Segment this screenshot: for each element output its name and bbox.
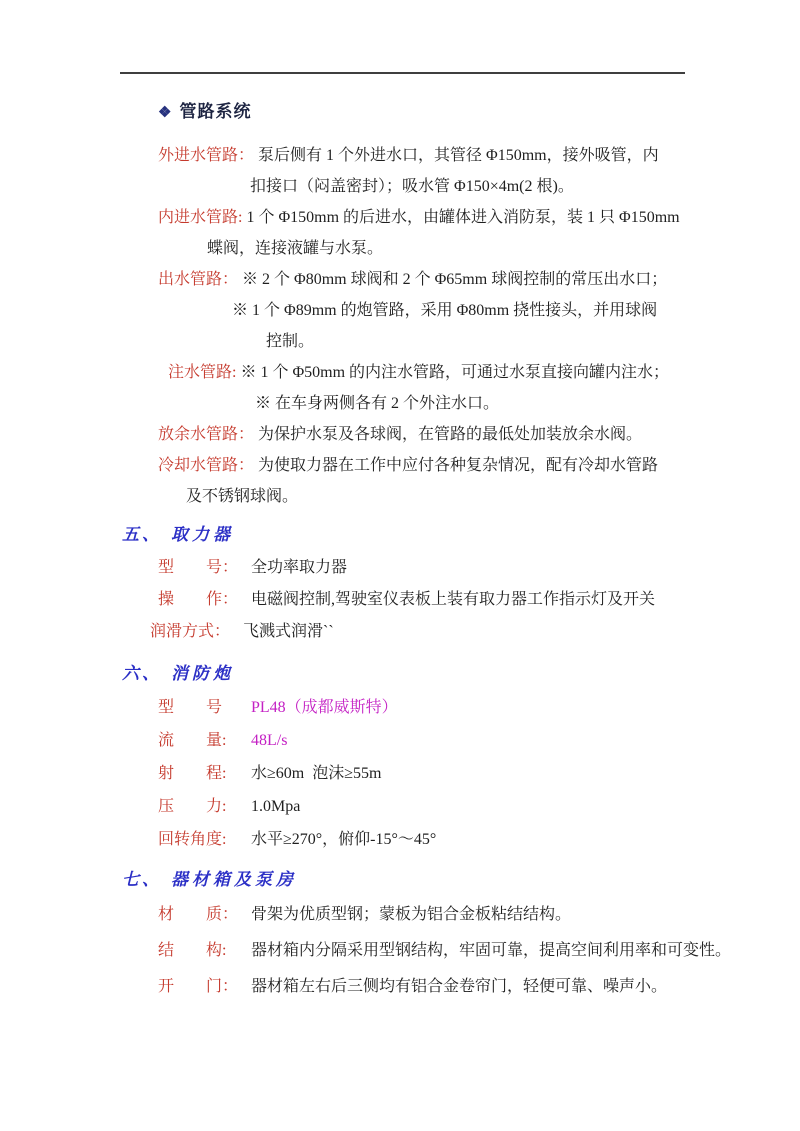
entry-text: ※ 1 个 Φ89mm 的炮管路，采用 Φ80mm 挠性接头，并用球阀 [232,295,740,326]
section-fire-monitor: 六、消防炮 型 号PL48（成都威斯特） 流 量:48L/s 射 程:水≥60m… [158,661,740,856]
entry-text: 泵后侧有 1 个外进水口，其管径 Φ150mm，接外吸管，内 [258,147,659,164]
piping-entry-cooling: 冷却水管路： 为使取力器在工作中应付各种复杂情况，配有冷却水管路 及不锈钢球阀。 [158,450,740,512]
spec-label: 流 量: [158,724,242,757]
spec-row: 型 号：全功率取力器 [158,552,740,584]
section-power-takeoff: 五、取力器 型 号：全功率取力器 操 作：电磁阀控制,驾驶室仪表板上装有取力器工… [158,522,740,648]
entry-text: 扣接口（闷盖密封）；吸水管 Φ150×4m(2 根)。 [250,171,740,202]
section-heading: 七、器材箱及泵房 [122,867,740,893]
spec-value: 全功率取力器 [251,559,347,576]
entry-text: ※ 1 个 Φ50mm 的内注水管路，可通过水泵直接向罐内注水； [240,364,669,381]
spec-label: 润滑方式： [150,616,234,648]
spec-value: 飞溅式润滑`` [243,623,334,640]
spec-value: 48L/s [251,732,287,749]
spec-row: 压 力:1.0Mpa [158,790,740,823]
spec-value: 1.0Mpa [251,798,300,815]
section-title: 取力器 [171,525,234,544]
spec-label: 开 门： [158,969,242,1005]
spec-label: 材 质： [158,897,242,933]
spec-value: 骨架为优质型钢；蒙板为铝合金板粘结结构。 [251,906,571,923]
entry-text: 为使取力器在工作中应付各种复杂情况，配有冷却水管路 [258,457,658,474]
spec-value: 电磁阀控制,驾驶室仪表板上装有取力器工作指示灯及开关 [251,591,655,608]
spec-row: 材 质：骨架为优质型钢；蒙板为铝合金板粘结结构。 [158,897,740,933]
entry-text: ※ 2 个 Φ80mm 球阀和 2 个 Φ65mm 球阀控制的常压出水口； [242,271,667,288]
section-heading: 六、消防炮 [122,661,740,687]
header-rule [120,72,685,74]
spec-row: 回转角度:水平≥270°，俯仰-15°～45° [158,823,740,856]
entry-text: 及不锈钢球阀。 [186,481,740,512]
entry-label: 放余水管路： [158,426,254,443]
entry-label: 注水管路: [168,364,236,381]
entry-text: 1 个 Φ150mm 的后进水，由罐体进入消防泵，装 1 只 Φ150mm [246,209,679,226]
piping-entry-outer-inlet: 外进水管路： 泵后侧有 1 个外进水口，其管径 Φ150mm，接外吸管，内 扣接… [158,140,740,202]
entry-text: 蝶阀，连接液罐与水泵。 [207,233,740,264]
section-title: 消防炮 [171,664,234,683]
entry-label: 内进水管路: [158,209,242,226]
spec-label: 型 号： [158,552,242,584]
section-number: 六、 [122,664,162,683]
entry-label: 冷却水管路： [158,457,254,474]
spec-row: 润滑方式：飞溅式润滑`` [158,616,740,648]
piping-entry-drain: 放余水管路： 为保护水泵及各球阀，在管路的最低处加装放余水阀。 [158,419,740,450]
section-number: 五、 [122,525,162,544]
spec-label: 结 构: [158,933,242,969]
entry-label: 出水管路： [158,271,238,288]
piping-section-title: ❖管路系统 [158,100,740,125]
spec-row: 型 号PL48（成都威斯特） [158,691,740,724]
spec-row: 开 门：器材箱左右后三侧均有铝合金卷帘门，轻便可靠、噪声小。 [158,969,740,1005]
section-heading: 五、取力器 [122,522,740,548]
spec-label: 射 程: [158,757,242,790]
spec-row: 射 程:水≥60m 泡沫≥55m [158,757,740,790]
piping-entry-inner-inlet: 内进水管路: 1 个 Φ150mm 的后进水，由罐体进入消防泵，装 1 只 Φ1… [158,202,740,264]
spec-label: 压 力: [158,790,242,823]
entry-text: 为保护水泵及各球阀，在管路的最低处加装放余水阀。 [258,426,642,443]
entry-text: 控制。 [266,326,740,357]
spec-value: 水≥60m 泡沫≥55m [251,765,381,782]
spec-value: 水平≥270°，俯仰-15°～45° [251,831,436,848]
entry-label: 外进水管路： [158,147,254,164]
entry-text: ※ 在车身两侧各有 2 个外注水口。 [255,388,740,419]
spec-label: 回转角度: [158,823,242,856]
spec-label: 型 号 [158,691,242,724]
document-body: ❖管路系统 外进水管路： 泵后侧有 1 个外进水口，其管径 Φ150mm，接外吸… [158,100,740,1005]
spec-value: 器材箱内分隔采用型钢结构，牢固可靠，提高空间利用率和可变性。 [251,942,731,959]
piping-entries: 外进水管路： 泵后侧有 1 个外进水口，其管径 Φ150mm，接外吸管，内 扣接… [158,140,740,512]
section-number: 七、 [122,870,162,889]
piping-entry-filling: 注水管路: ※ 1 个 Φ50mm 的内注水管路，可通过水泵直接向罐内注水； ※… [158,357,740,419]
spec-row: 流 量:48L/s [158,724,740,757]
spec-value: 器材箱左右后三侧均有铝合金卷帘门，轻便可靠、噪声小。 [251,978,667,995]
spec-row: 结 构:器材箱内分隔采用型钢结构，牢固可靠，提高空间利用率和可变性。 [158,933,740,969]
section-title: 器材箱及泵房 [171,870,297,889]
spec-value: PL48（成都威斯特） [251,699,398,716]
piping-title-text: 管路系统 [179,102,251,121]
piping-entry-outlet: 出水管路： ※ 2 个 Φ80mm 球阀和 2 个 Φ65mm 球阀控制的常压出… [158,264,740,357]
section-equipment-box: 七、器材箱及泵房 材 质：骨架为优质型钢；蒙板为铝合金板粘结结构。 结 构:器材… [158,867,740,1005]
spec-row: 操 作：电磁阀控制,驾驶室仪表板上装有取力器工作指示灯及开关 [158,584,740,616]
diamond-bullet-icon: ❖ [158,105,172,121]
spec-label: 操 作： [158,584,242,616]
